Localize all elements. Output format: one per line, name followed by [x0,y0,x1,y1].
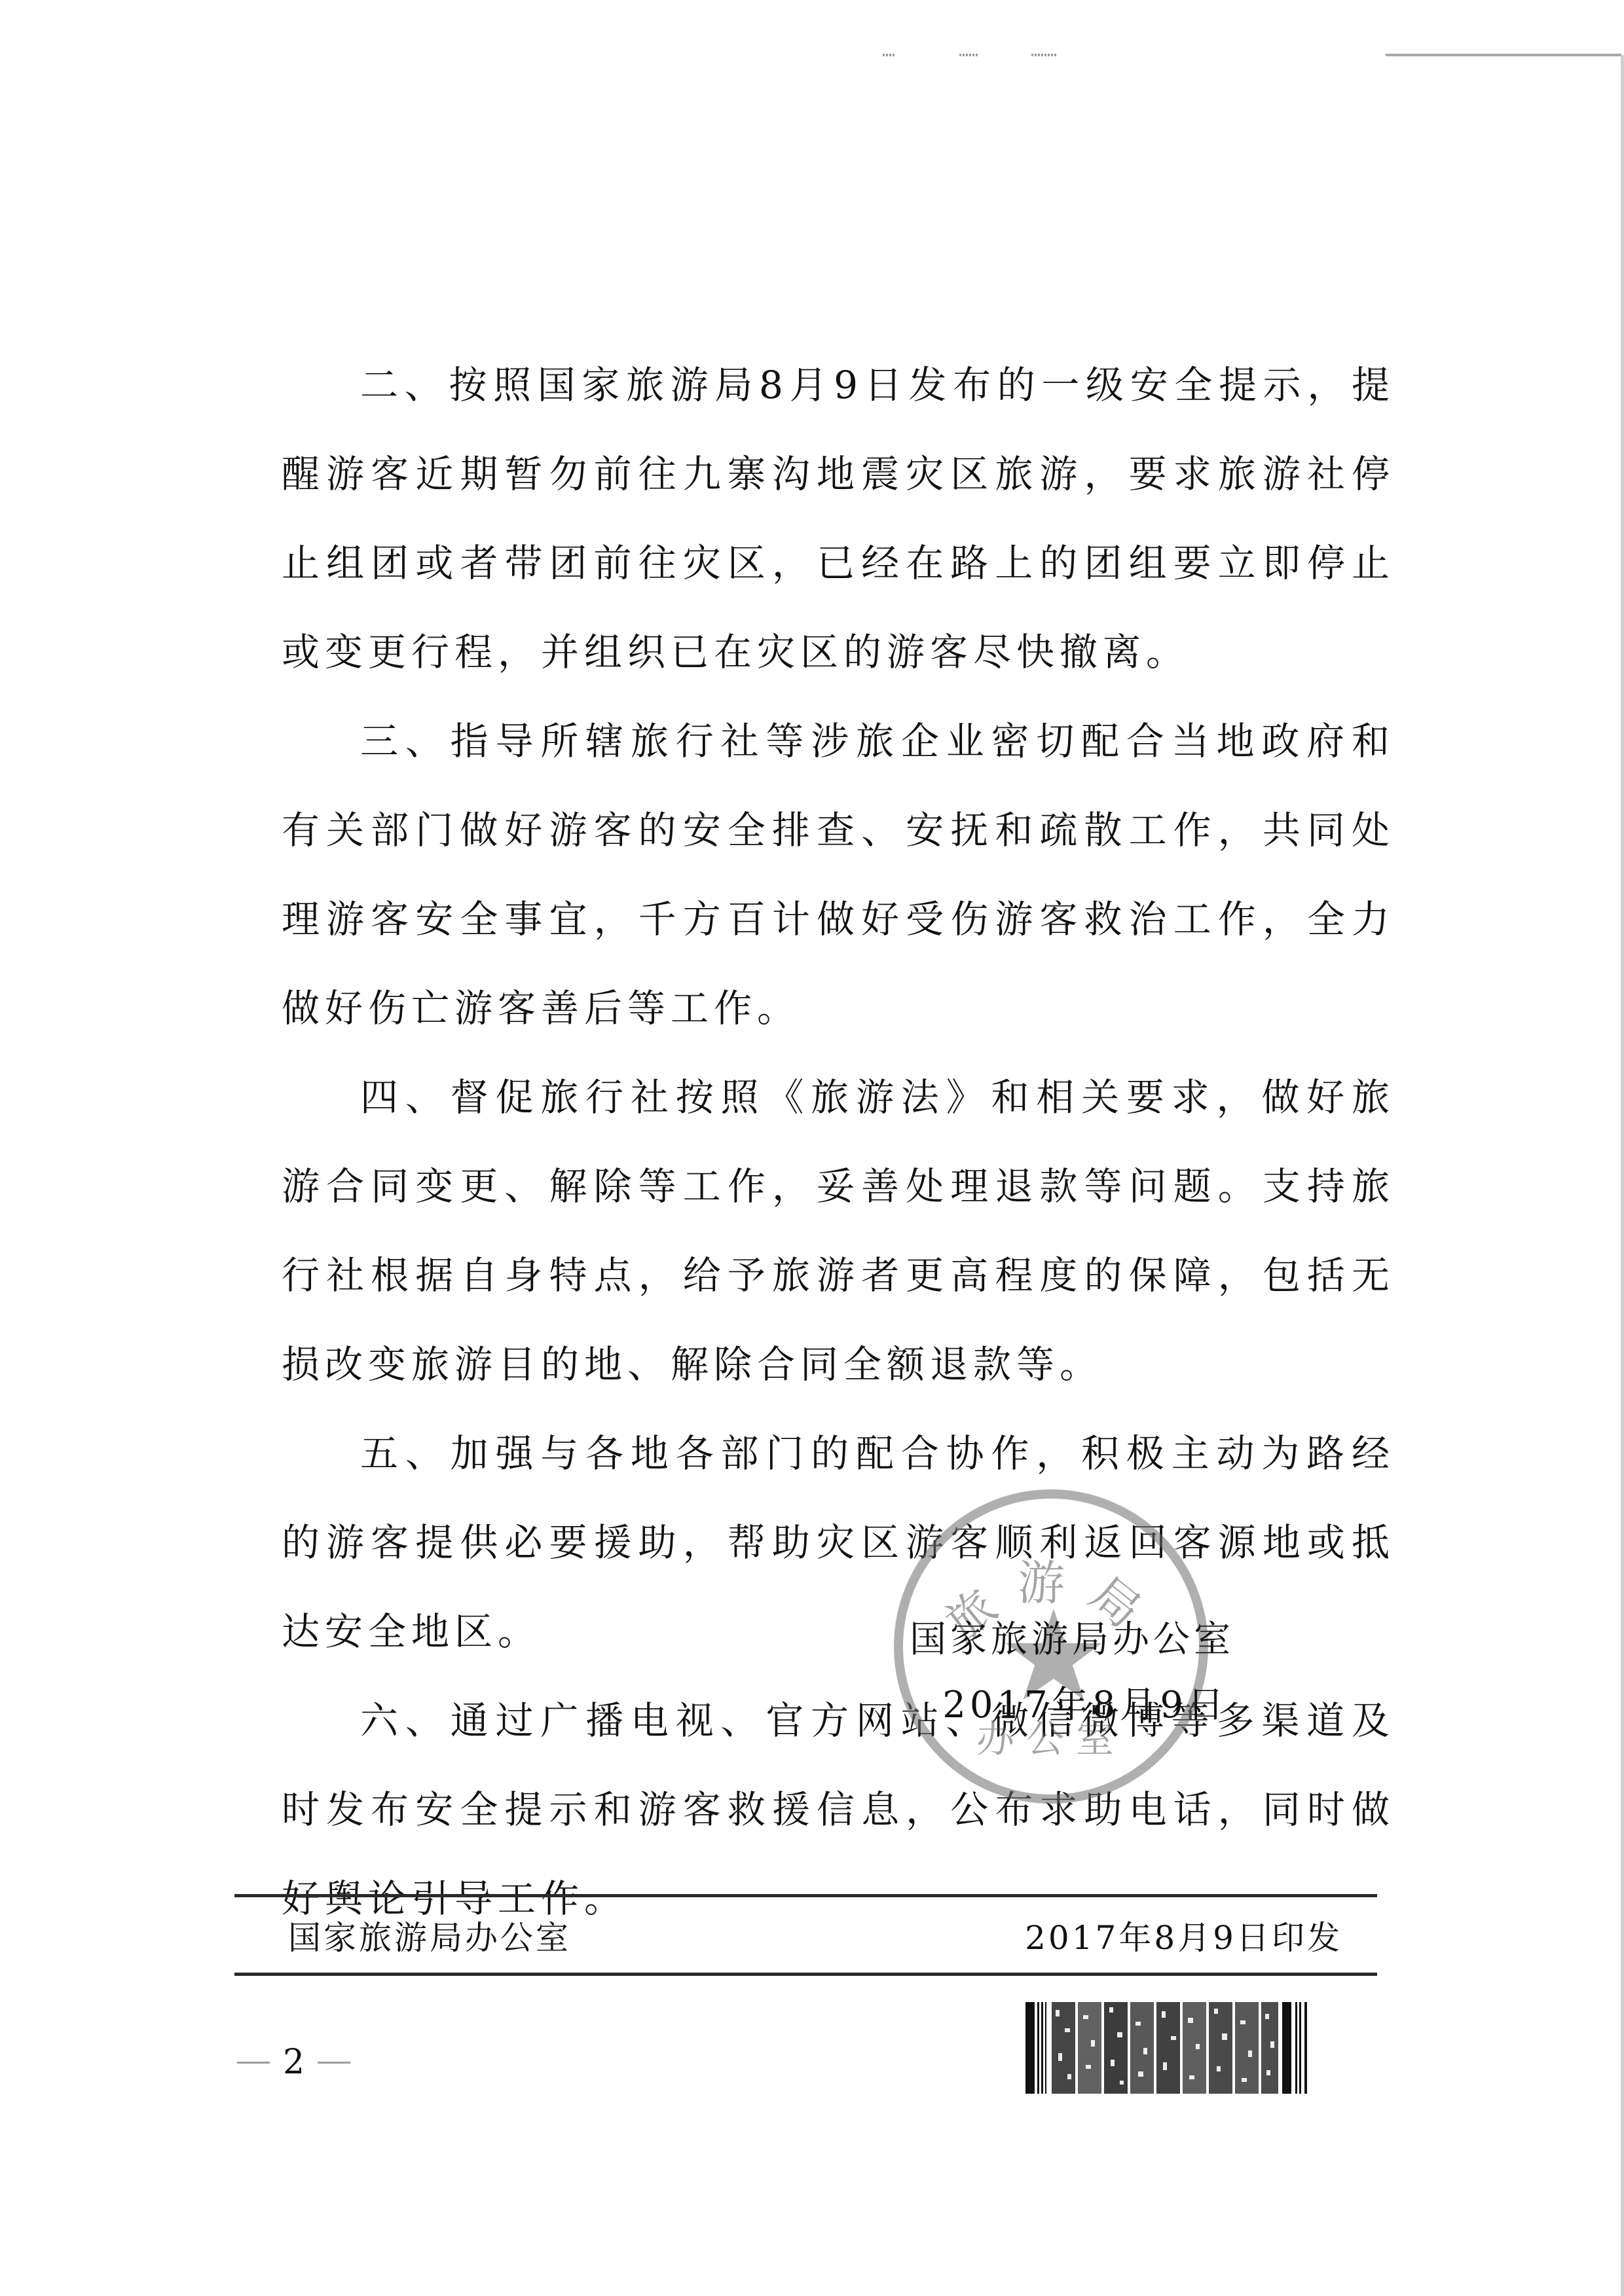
page-dash-left [237,2062,270,2064]
imprint-line: 国家旅游局办公室 2017年8月9日印发 [223,1908,1395,1967]
scan-edge-marks [0,54,1624,80]
paragraph-item-two: 二、按照国家旅游局8月9日发布的一级安全提示，提醒游客近期暂勿前往九寨沟地震灾区… [282,340,1395,697]
imprint-bottom-rule [234,1973,1377,1976]
scan-mark [883,54,895,56]
scan-border-right [1621,55,1624,2296]
scan-mark [1031,54,1058,56]
imprint-issuer: 国家旅游局办公室 [288,1908,571,1967]
signoff-organization: 国家旅游局办公室 [881,1607,1234,1673]
page-dash-right [318,2062,350,2064]
signoff-block: 国家旅游局办公室 2017年8月9日 [881,1607,1234,1738]
paragraph-item-three: 三、指导所辖旅行社等涉旅企业密切配合当地政府和有关部门做好游客的安全排查、安抚和… [282,697,1395,1053]
paragraph-item-four: 四、督促旅行社按照《旅游法》和相关要求，做好旅游合同变更、解除等工作，妥善处理退… [282,1053,1395,1409]
page-number: 2 [237,2043,350,2082]
imprint-issue-date: 2017年8月9日印发 [1025,1908,1342,1967]
signoff-date: 2017年8月9日 [881,1673,1234,1738]
page-number-value: 2 [283,2043,304,2082]
imprint-top-rule [234,1894,1377,1897]
scan-mark [959,54,979,56]
scan-border-top [1386,54,1621,56]
barcode-icon [1025,2002,1308,2094]
